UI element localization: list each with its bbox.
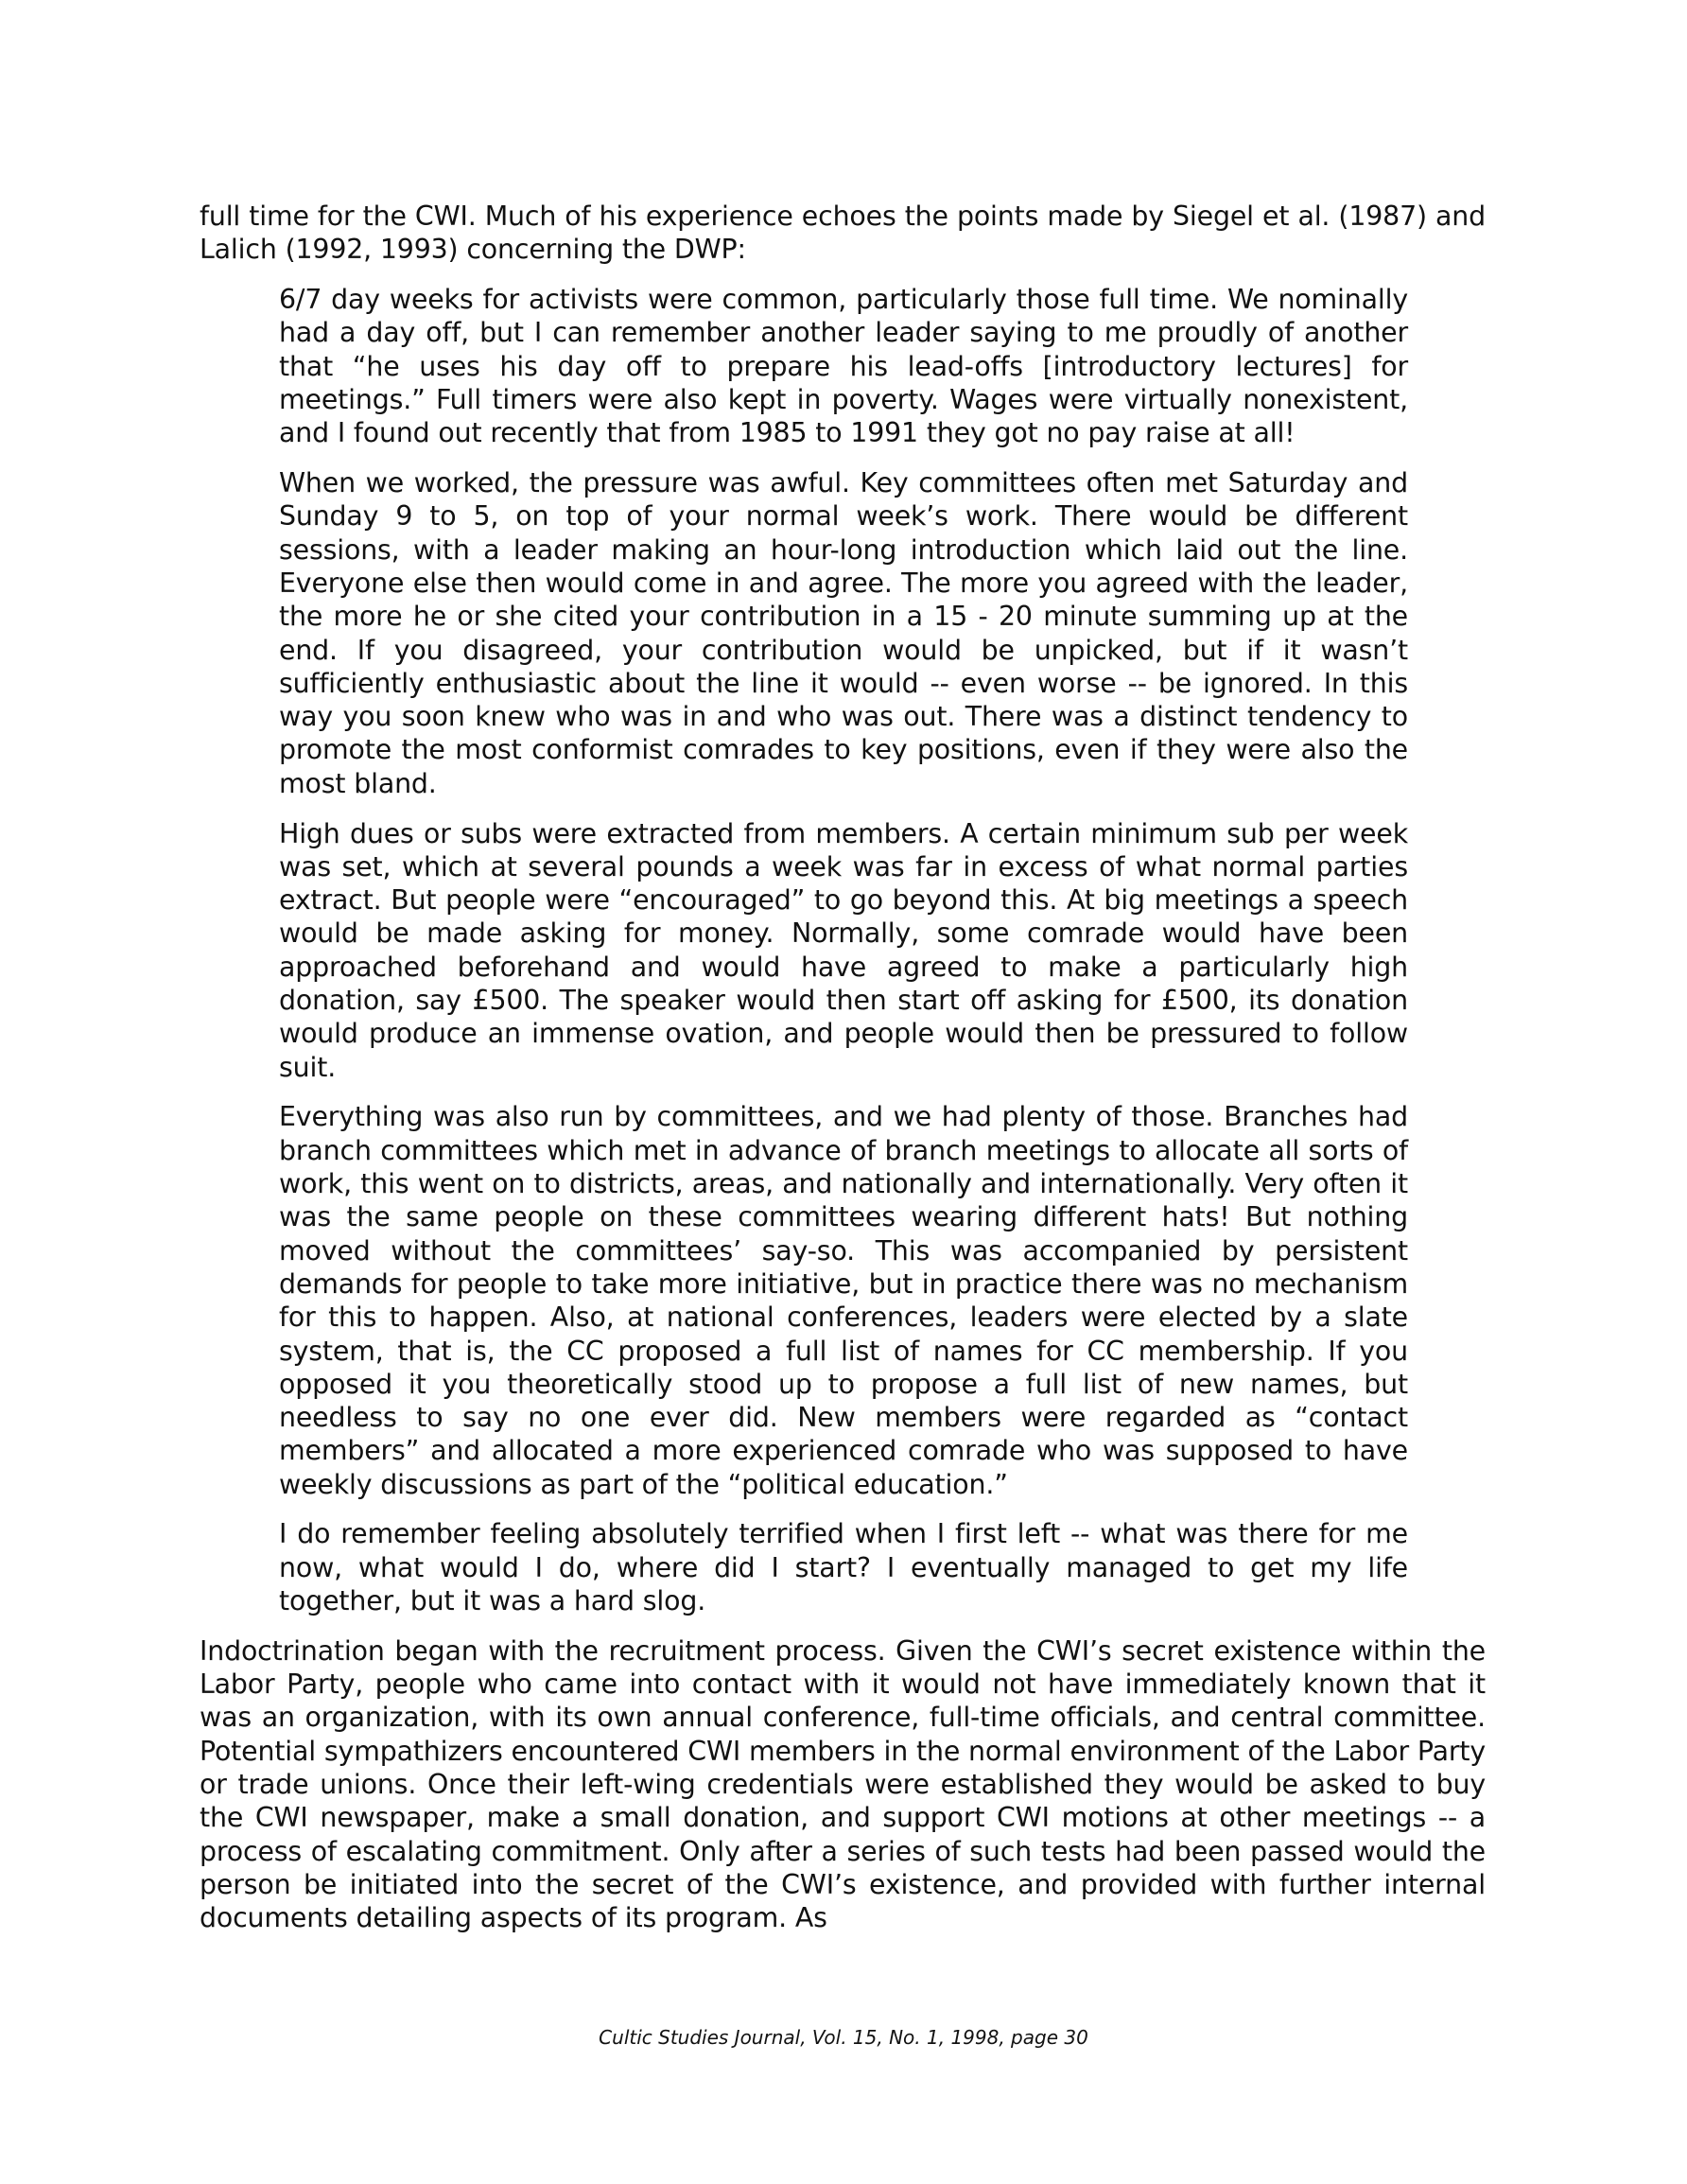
quote-paragraph-committees: Everything was also run by committees, a…: [279, 1100, 1408, 1501]
document-page: full time for the CWI. Much of his exper…: [0, 0, 1687, 2184]
quote-paragraph-leaving: I do remember feeling absolutely terrifi…: [279, 1517, 1408, 1617]
block-quote: 6/7 day weeks for activists were common,…: [279, 283, 1408, 1617]
body-paragraph-intro: full time for the CWI. Much of his exper…: [200, 200, 1486, 267]
page-body: full time for the CWI. Much of his exper…: [200, 200, 1486, 1951]
page-footer-citation: Cultic Studies Journal, Vol. 15, No. 1, …: [0, 2025, 1687, 2050]
quote-paragraph-dues: High dues or subs were extracted from me…: [279, 817, 1408, 1084]
quote-paragraph-pressure: When we worked, the pressure was awful. …: [279, 466, 1408, 800]
body-paragraph-indoctrination: Indoctrination began with the recruitmen…: [200, 1634, 1486, 1935]
quote-paragraph-work-weeks: 6/7 day weeks for activists were common,…: [279, 283, 1408, 449]
